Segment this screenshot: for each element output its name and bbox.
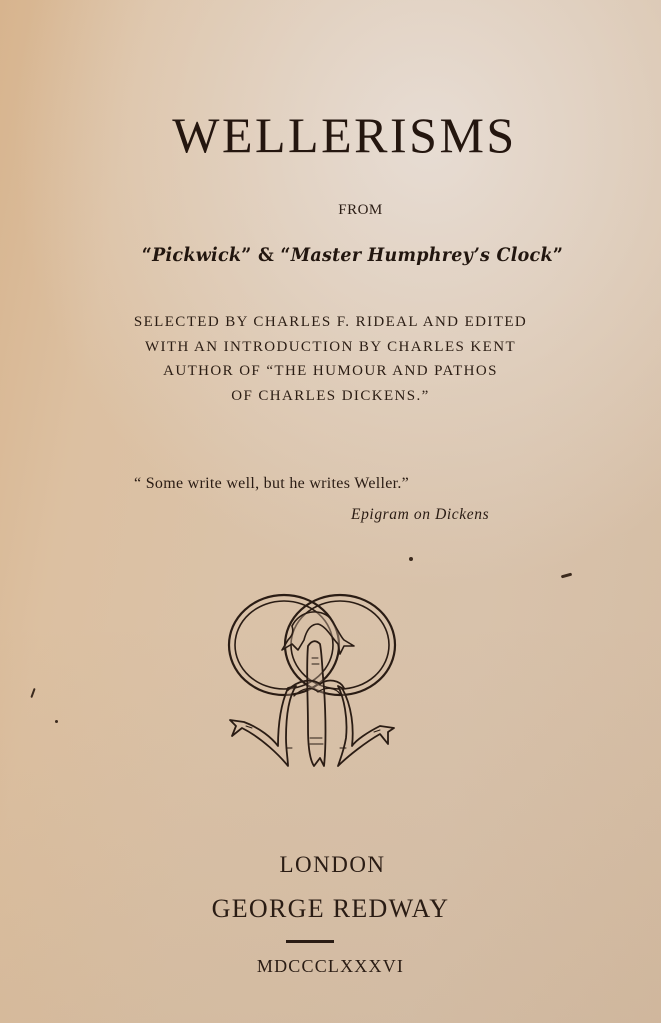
close-quote: ” xyxy=(553,244,563,266)
imprint-city: LONDON xyxy=(2,852,661,878)
ampersand: & xyxy=(252,244,281,266)
epigraph-attribution: Epigram on Dickens xyxy=(351,506,489,524)
epigraph-quote: “ Some write well, but he writes Weller.… xyxy=(134,475,409,493)
credit-line: WITH AN INTRODUCTION BY CHARLES KENT xyxy=(0,335,661,360)
divider-rule xyxy=(286,940,334,943)
printer-device-ornament-icon xyxy=(222,588,402,773)
paper-speck xyxy=(409,557,413,561)
from-label: FROM xyxy=(30,202,661,219)
paper-speck xyxy=(561,573,572,579)
imprint-publisher: GEORGE REDWAY xyxy=(0,894,661,924)
credit-line: AUTHOR OF “THE HUMOUR AND PATHOS xyxy=(0,359,661,384)
paper-speck xyxy=(30,688,35,698)
close-quote: ” xyxy=(241,244,251,266)
work-title-master-humphreys-clock: Master Humphrey’s Clock xyxy=(291,244,553,266)
credit-line: SELECTED BY CHARLES F. RIDEAL AND EDITED xyxy=(0,310,661,335)
open-quote: “ xyxy=(280,244,290,266)
imprint-year: MDCCCLXXXVI xyxy=(0,956,661,977)
paper-speck xyxy=(55,720,58,723)
title-page: WELLERISMS FROM “Pickwick” & “Master Hum… xyxy=(0,0,661,1023)
book-title: WELLERISMS xyxy=(14,106,661,164)
credit-line: OF CHARLES DICKENS.” xyxy=(0,384,661,409)
work-title-pickwick: Pickwick xyxy=(152,244,241,266)
open-quote: “ xyxy=(142,244,152,266)
credits-block: SELECTED BY CHARLES F. RIDEAL AND EDITED… xyxy=(0,310,661,408)
source-works: “Pickwick” & “Master Humphrey’s Clock” xyxy=(48,244,656,266)
